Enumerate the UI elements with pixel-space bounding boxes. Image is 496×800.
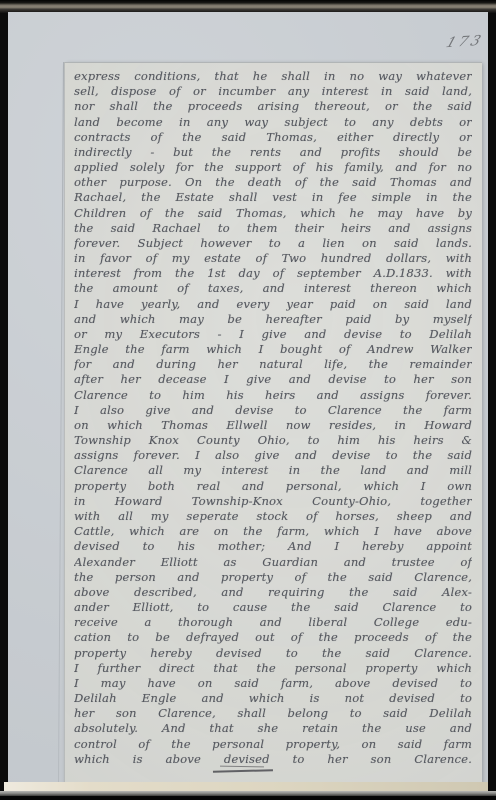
manuscript-line: Engle the farm which I bought of Andrew … (74, 342, 472, 357)
manuscript-line: Rachael, the Estate shall vest in fee si… (74, 190, 472, 205)
manuscript-line: Children of the said Thomas, which he ma… (74, 206, 472, 221)
manuscript-line: cation to be defrayed out of the proceed… (74, 630, 472, 645)
manuscript-line: express conditions, that he shall in no … (74, 69, 472, 84)
manuscript-line: after her decease I give and devise to h… (74, 372, 472, 387)
manuscript-line: Cattle, which are on the farm, which I h… (74, 524, 472, 539)
manuscript-line: with all my seperate stock of horses, sh… (74, 509, 472, 524)
book-page-block-edge (4, 782, 488, 791)
manuscript-line: I have yearly, and every year paid on sa… (74, 297, 472, 312)
manuscript-line: I further direct that the personal prope… (74, 661, 472, 676)
handwriting-block: express conditions, that he shall in no … (74, 69, 472, 767)
manuscript-line: property both real and personal, which I… (74, 479, 472, 494)
manuscript-line: Clarence to him his heirs and assigns fo… (74, 388, 472, 403)
manuscript-line: ander Elliott, to cause the said Clarenc… (74, 600, 472, 615)
manuscript-line: Township Knox County Ohio, to him his he… (74, 433, 472, 448)
manuscript-line: land become in any way subject to any de… (74, 115, 472, 130)
manuscript-line: property hereby devised to the said Clar… (74, 646, 472, 661)
manuscript-line: and which may be hereafter paid by mysel… (74, 312, 472, 327)
manuscript-line: nor shall the proceeds arising thereout,… (74, 99, 472, 114)
manuscript-line: receive a thorough and liberal College e… (74, 615, 472, 630)
manuscript-line: devised to his mother; And I hereby appo… (74, 539, 472, 554)
manuscript-line: forever. Subject however to a lien on sa… (74, 236, 472, 251)
page-number: 173 (444, 33, 486, 51)
manuscript-line: Delilah Engle and which is not devised t… (74, 691, 472, 706)
manuscript-line: sell, dispose of or incumber any interes… (74, 84, 472, 99)
manuscript-line: or my Executors - I give and devise to D… (74, 327, 472, 342)
photographed-record-book-page: 173 express conditions, that he shall in… (0, 0, 496, 800)
manuscript-line: Alexander Elliott as Guardian and truste… (74, 555, 472, 570)
manuscript-line: on which Thomas Ellwell now resides, in … (74, 418, 472, 433)
manuscript-line: for and during her natural life, the rem… (74, 357, 472, 372)
manuscript-line: interest from the 1st day of september A… (74, 266, 472, 281)
manuscript-line: absolutely. And that she retain the use … (74, 721, 472, 736)
manuscript-line: the amount of taxes, and interest thereo… (74, 281, 472, 296)
manuscript-line: the person and property of the said Clar… (74, 570, 472, 585)
manuscript-line: above described, and requiring the said … (74, 585, 472, 600)
manuscript-line: in favor of my estate of Two hundred dol… (74, 251, 472, 266)
manuscript-line: other purpose. On the death of the said … (74, 175, 472, 190)
manuscript-line: contracts of the said Thomas, either dir… (74, 130, 472, 145)
manuscript-line: assigns forever. I also give and devise … (74, 448, 472, 463)
photo-bottom-border (0, 796, 496, 800)
manuscript-line: her son Clarence, shall belong to said D… (74, 706, 472, 721)
manuscript-line: indirectly - but the rents and profits s… (74, 145, 472, 160)
manuscript-line: applied solely for the support of his fa… (74, 160, 472, 175)
manuscript-line: I also give and devise to Clarence the f… (74, 403, 472, 418)
manuscript-line: control of the personal property, on sai… (74, 737, 472, 752)
manuscript-line: in Howard Township-Knox County-Ohio, tog… (74, 494, 472, 509)
manuscript-line: the said Rachael to them their heirs and… (74, 221, 472, 236)
manuscript-line: Clarence all my interest in the land and… (74, 463, 472, 478)
manuscript-line: I may have on said farm, above devised t… (74, 676, 472, 691)
manuscript-line: which is above devised to her son Claren… (74, 752, 472, 767)
